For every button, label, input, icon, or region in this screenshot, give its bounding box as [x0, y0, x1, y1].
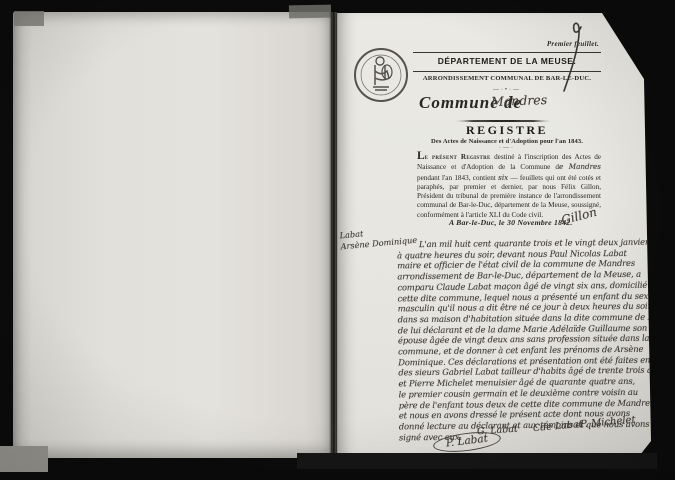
- drop-cap: L: [417, 150, 425, 162]
- title-rule: [455, 120, 551, 122]
- book-gutter-shadow: [329, 12, 338, 458]
- header-rule-middle: [413, 71, 601, 72]
- department-title: DÉPARTEMENT DE LA MEUSE.: [397, 56, 617, 66]
- register-subtitle: Des Actes de Naissance et d'Adoption pou…: [397, 138, 617, 145]
- register-title-page: Premier feuillet. DÉPARTEMENT DE LA MEUS…: [337, 13, 651, 455]
- commune-name-handwritten: Mandres: [491, 92, 548, 109]
- scan-corner-artifact: [0, 446, 48, 472]
- paragraph-text: pendant l'an 1843, contient: [417, 174, 498, 182]
- left-blank-page: [13, 12, 331, 458]
- arrondissement-title: ARRONDISSEMENT COMMUNAL DE BAR-LE-DUC.: [397, 75, 617, 82]
- lead-smallcaps: e présent Registre: [425, 153, 491, 161]
- certification-dateline: A Bar-le-Duc, le 30 Novembre 1842.: [449, 218, 573, 227]
- commune-fill-handwritten: e Mandres: [559, 162, 601, 171]
- header-rule-top: [413, 52, 601, 53]
- ornament-divider-small: ·—·: [397, 145, 617, 151]
- folio-count-handwritten: six: [498, 173, 508, 182]
- birth-act-text: L'an mil huit cent quarante trois et le …: [397, 237, 652, 443]
- book-edge-shadow: [297, 453, 657, 469]
- register-title: REGISTRE: [397, 123, 617, 138]
- scanned-register-page: Premier feuillet. DÉPARTEMENT DE LA MEUS…: [0, 0, 675, 480]
- tape-artifact-top-left: [14, 11, 44, 26]
- tape-artifact-top-center: [289, 5, 331, 19]
